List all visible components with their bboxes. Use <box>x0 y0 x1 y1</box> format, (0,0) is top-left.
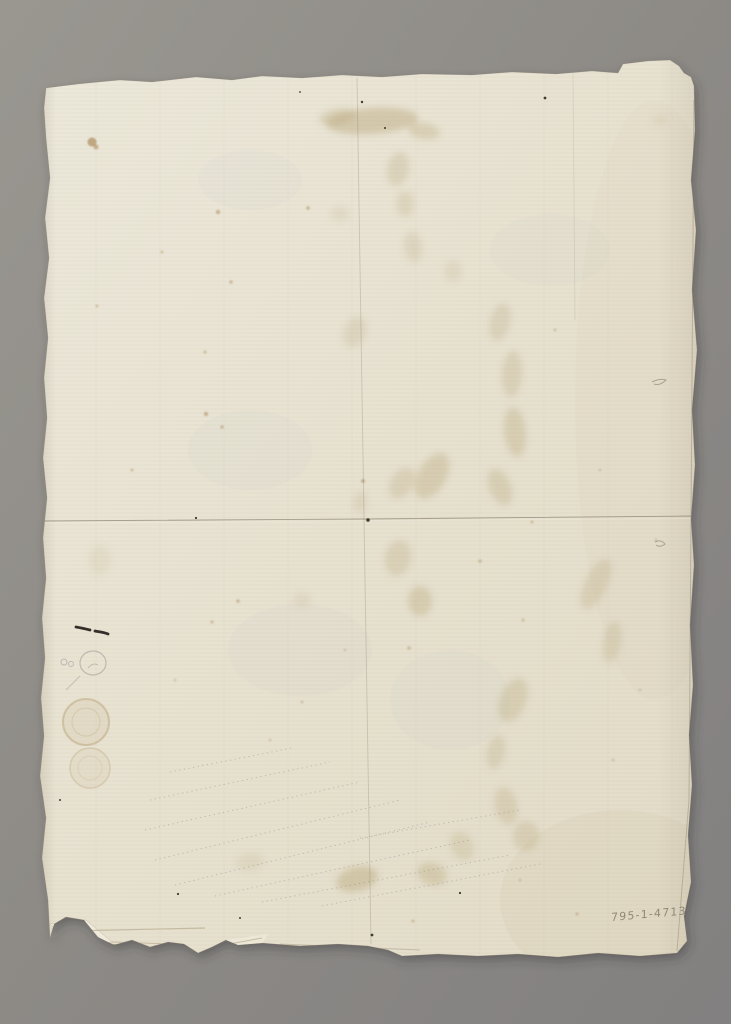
blind-stamp-lower <box>70 748 110 788</box>
photograph-canvas: 795-1-4713 <box>0 0 731 1024</box>
museum-photo: 795-1-4713 <box>0 0 731 1024</box>
blind-stamp-upper <box>63 699 109 745</box>
